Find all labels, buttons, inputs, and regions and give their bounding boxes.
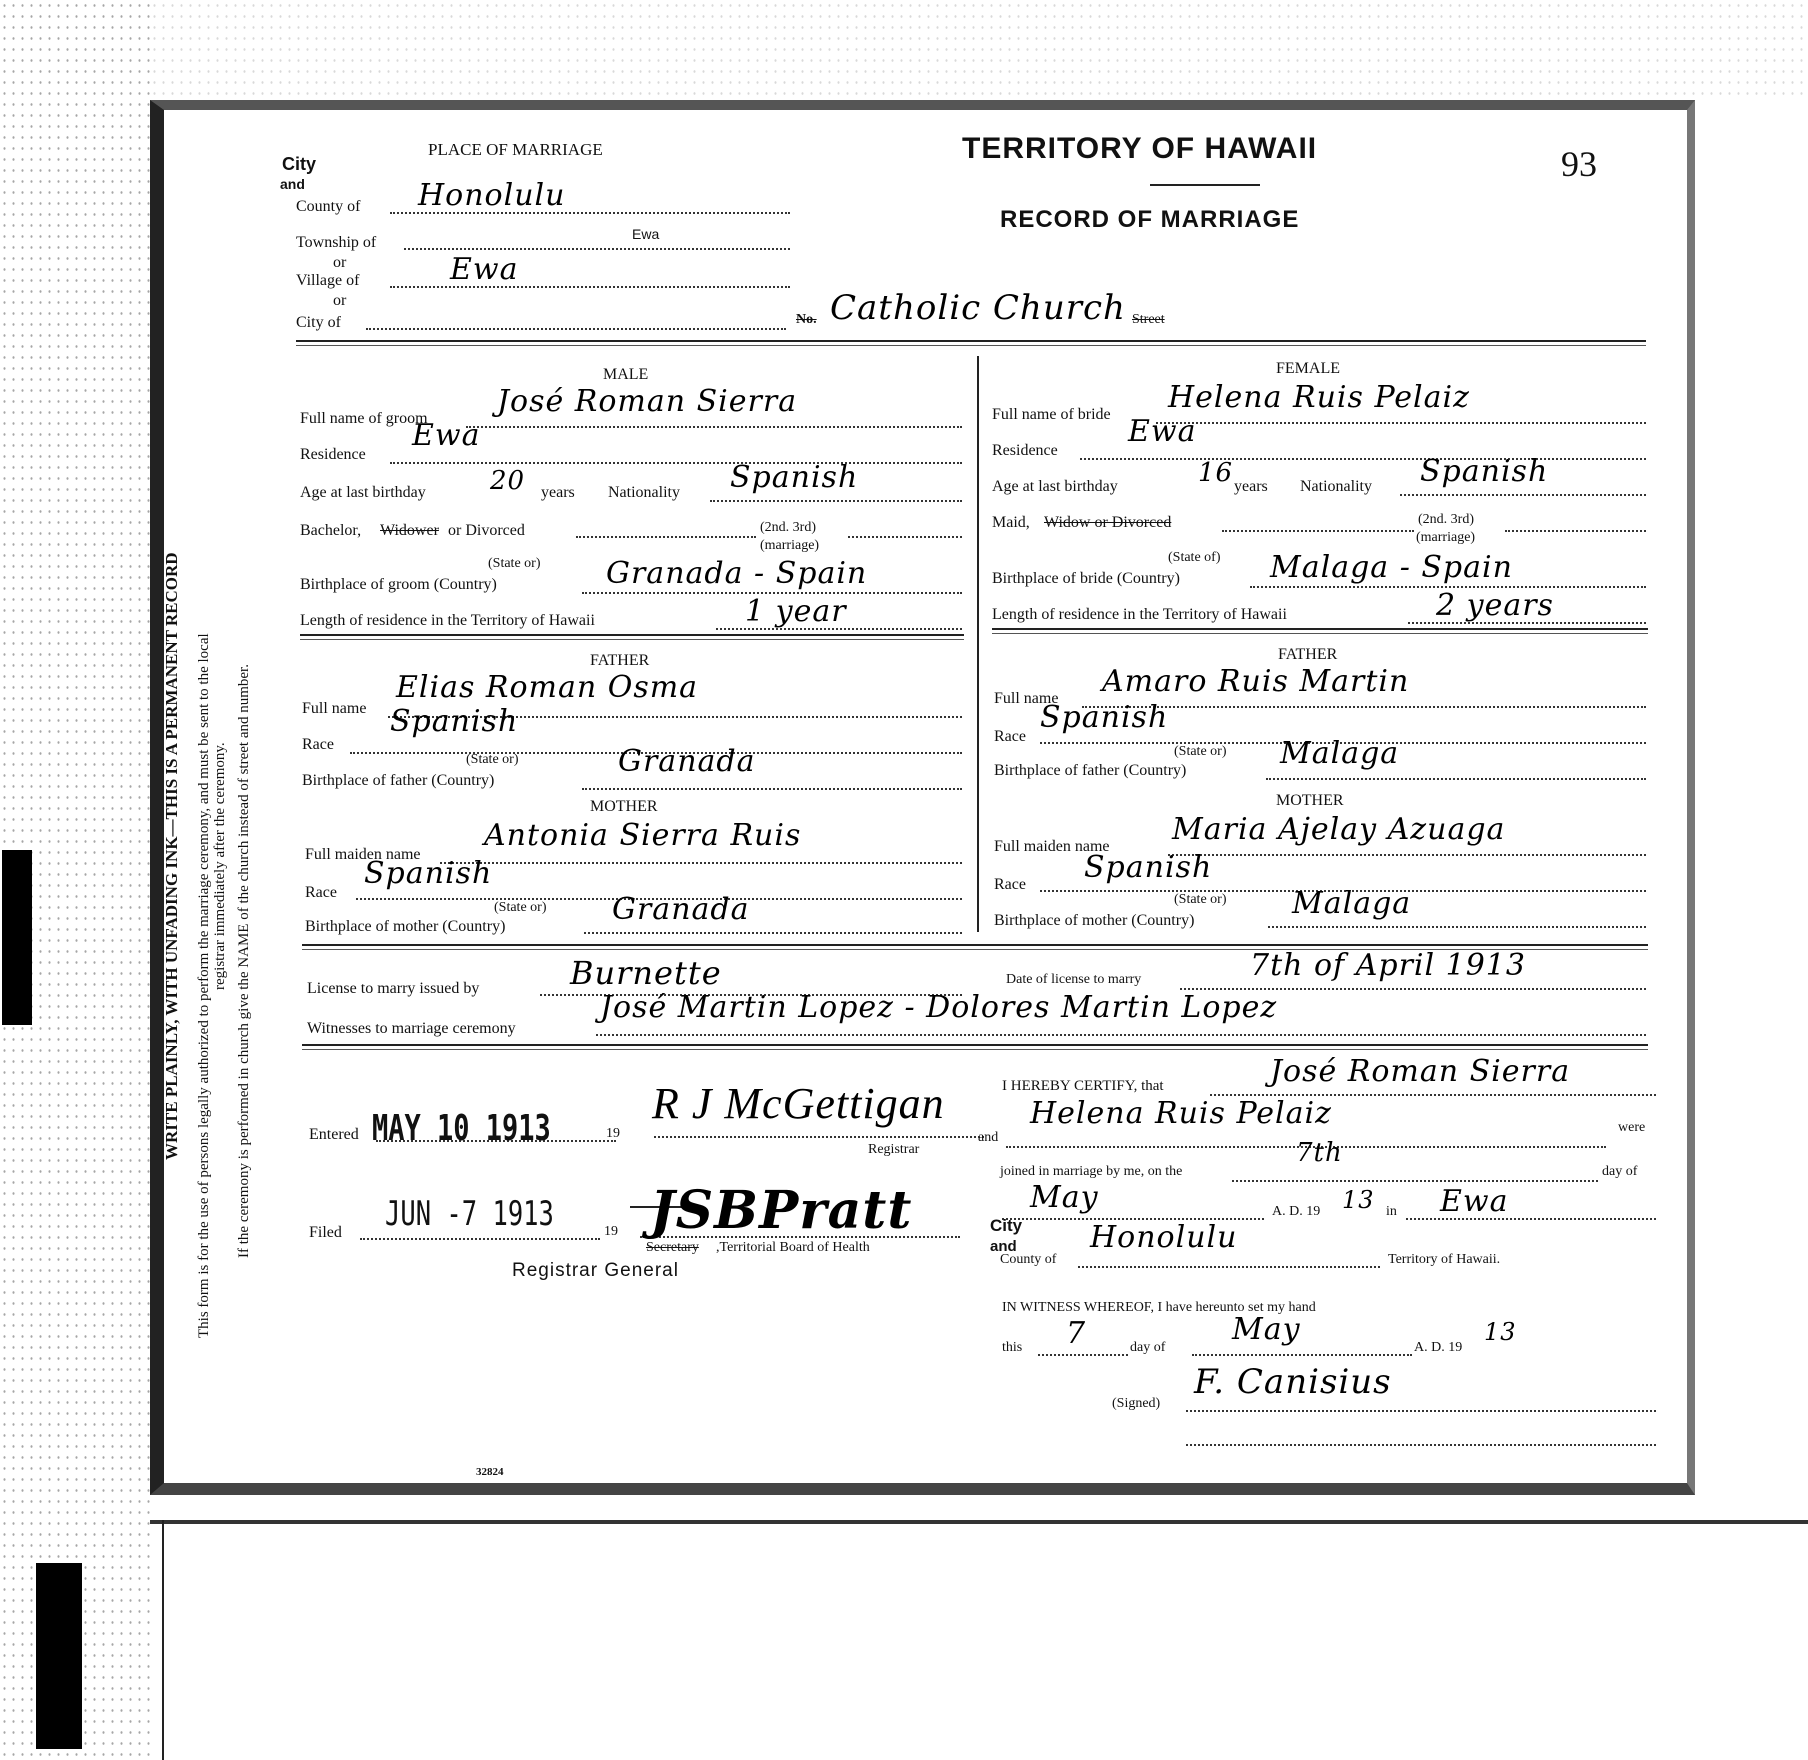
margin-church-note: If the ceremony is performed in church g… <box>236 664 253 1258</box>
filed-year-prefix: 19 <box>604 1224 618 1240</box>
filed-label: Filed <box>309 1224 342 1242</box>
female-divider <box>992 628 1648 634</box>
bride-status-struck: Widow or Divorced <box>1044 514 1171 532</box>
bride-age-value: 16 <box>1198 458 1233 488</box>
city-label: City <box>282 154 316 175</box>
filed-stamp: JUN -7 1913 <box>385 1194 554 1234</box>
county-label: County of <box>296 198 360 216</box>
county-value: Honolulu <box>418 178 565 213</box>
margin-warning: WRITE PLAINLY, WITH UNFADING INK—THIS IS… <box>162 552 182 1160</box>
groom-mother-race-label: Race <box>305 884 337 902</box>
bride-father-state-or: (State or) <box>1174 744 1226 760</box>
bride-name-label: Full name of bride <box>992 406 1111 424</box>
territory-title: TERRITORY OF HAWAII <box>962 132 1317 166</box>
groom-marriage-count-label: (2nd. 3rd) <box>760 520 816 536</box>
groom-residence-length-label: Length of residence in the Territory of … <box>300 612 595 630</box>
township-label: Township of <box>296 234 376 252</box>
cert-territory-label: Territory of Hawaii. <box>1388 1252 1500 1268</box>
bride-father-name-value: Amaro Ruis Martin <box>1102 664 1409 699</box>
bride-father-birthplace-value: Malaga <box>1280 736 1399 771</box>
this-label: this <box>1002 1340 1022 1356</box>
groom-name-label: Full name of groom <box>300 410 428 428</box>
village-value: Ewa <box>450 252 518 287</box>
joined-day: 7th <box>1296 1138 1343 1168</box>
groom-status-struck: Widower <box>380 522 439 540</box>
bride-mother-race-label: Race <box>994 876 1026 894</box>
groom-status-label-1: Bachelor, <box>300 522 361 540</box>
city-line <box>366 328 786 330</box>
in-label: in <box>1386 1204 1397 1220</box>
registrar-label: Registrar <box>868 1142 919 1158</box>
groom-status-label-2: or Divorced <box>448 522 525 540</box>
bride-father-birthplace-label: Birthplace of father (Country) <box>994 762 1186 780</box>
signed-label: (Signed) <box>1112 1396 1160 1412</box>
title-divider <box>1150 184 1260 186</box>
secretary-signature: JSBPratt <box>650 1180 912 1241</box>
scan-noise-top <box>150 0 1808 100</box>
bride-birthplace-label: Birthplace of bride (Country) <box>992 570 1180 588</box>
groom-name-value: José Roman Sierra <box>497 384 797 419</box>
church-value: Catholic Church <box>830 288 1126 328</box>
entered-label: Entered <box>309 1126 359 1144</box>
joined-place: Ewa <box>1440 1184 1508 1219</box>
groom-residence-value: Ewa <box>412 418 480 453</box>
cert-city-label: City <box>990 1216 1022 1236</box>
groom-age-label: Age at last birthday <box>300 484 426 502</box>
bride-father-race-value: Spanish <box>1040 700 1168 735</box>
certify-bride-name: Helena Ruis Pelaiz <box>1030 1096 1332 1131</box>
license-date-value: 7th of April 1913 <box>1250 948 1526 983</box>
bride-name-value: Helena Ruis Pelaiz <box>1168 380 1470 415</box>
groom-mother-heading: MOTHER <box>590 798 658 816</box>
groom-nationality-label: Nationality <box>608 484 680 502</box>
groom-birthplace-value: Granada - Spain <box>606 556 867 591</box>
cert-county-label: County of <box>1000 1252 1056 1268</box>
bride-father-race-label: Race <box>994 728 1026 746</box>
female-heading: FEMALE <box>1276 360 1340 378</box>
witness-day: 7 <box>1066 1316 1086 1351</box>
day-of-label: day of <box>1602 1164 1637 1180</box>
bride-residence-label: Residence <box>992 442 1058 460</box>
groom-residence-label: Residence <box>300 446 366 464</box>
witness-month: May <box>1232 1312 1301 1347</box>
license-issued-value: Burnette <box>570 954 722 992</box>
margin-instruction-2: registrar immediately after the ceremony… <box>212 742 229 990</box>
joined-month: May <box>1030 1180 1099 1215</box>
scan-fold-line <box>150 1520 1808 1524</box>
groom-mother-state-or: (State or) <box>494 900 546 916</box>
or-label-2: or <box>333 292 346 310</box>
township-value: Ewa <box>632 226 659 242</box>
bride-mother-state-or: (State or) <box>1174 892 1226 908</box>
registrar-signature: R J McGettigan <box>652 1078 945 1129</box>
bride-nationality-value: Spanish <box>1420 454 1548 489</box>
certify-groom-name: José Roman Sierra <box>1270 1054 1570 1089</box>
certify-were-label: were <box>1618 1120 1645 1136</box>
secretary-label: ,Territorial Board of Health <box>716 1240 870 1256</box>
certify-label: I HEREBY CERTIFY, that <box>1002 1078 1164 1095</box>
license-divider <box>302 1044 1648 1050</box>
record-title: RECORD OF MARRIAGE <box>1000 206 1299 234</box>
groom-father-name-label: Full name <box>302 700 366 718</box>
groom-nationality-value: Spanish <box>730 460 858 495</box>
bride-mother-heading: MOTHER <box>1276 792 1344 810</box>
groom-father-name-value: Elias Roman Osma <box>396 670 698 705</box>
bride-residence-length-label: Length of residence in the Territory of … <box>992 606 1287 624</box>
witness-year: 13 <box>1484 1318 1517 1346</box>
no-label: No. <box>796 312 817 328</box>
groom-residence-length-value: 1 year <box>745 594 847 629</box>
bride-years-label: years <box>1234 478 1268 496</box>
registrar-general-label: Registrar General <box>512 1260 679 1282</box>
scan-page-edge <box>162 1520 164 1760</box>
or-label-1: or <box>333 254 346 272</box>
scan-marker-strip <box>36 1563 82 1749</box>
bride-residence-value: Ewa <box>1128 414 1196 449</box>
bride-nationality-label: Nationality <box>1300 478 1372 496</box>
city-of-label: City of <box>296 314 341 332</box>
bride-mother-birthplace-label: Birthplace of mother (Country) <box>994 912 1194 930</box>
margin-instruction: This form is for the use of persons lega… <box>196 633 213 1338</box>
groom-father-birthplace-label: Birthplace of father (Country) <box>302 772 494 790</box>
cert-county-value: Honolulu <box>1090 1220 1237 1255</box>
and-label: and <box>280 176 305 192</box>
bride-state-or: (State of) <box>1168 550 1220 566</box>
license-date-label: Date of license to marry <box>1006 972 1141 988</box>
ad-label: A. D. 19 <box>1272 1204 1320 1220</box>
groom-mother-birthplace-value: Granada <box>612 892 750 927</box>
witnesses-label: Witnesses to marriage ceremony <box>307 1020 516 1038</box>
bride-age-label: Age at last birthday <box>992 478 1118 496</box>
form-number: 32824 <box>476 1466 504 1478</box>
witness-ad-label: A. D. 19 <box>1414 1340 1462 1356</box>
male-divider <box>300 634 964 640</box>
groom-father-race-label: Race <box>302 736 334 754</box>
groom-age-value: 20 <box>490 466 525 496</box>
groom-marriage-label: (marriage) <box>760 538 819 554</box>
joined-label: joined in marriage by me, on the <box>1000 1164 1182 1180</box>
groom-mother-birthplace-label: Birthplace of mother (Country) <box>305 918 505 936</box>
groom-mother-name-value: Antonia Sierra Ruis <box>484 818 801 853</box>
street-label: Street <box>1132 312 1165 328</box>
record-number: 93 <box>1561 143 1597 185</box>
officiant-signature: F. Canisius <box>1194 1362 1392 1402</box>
section-divider-top <box>296 340 1646 346</box>
entered-year-prefix: 19 <box>606 1126 620 1142</box>
license-issued-label: License to marry issued by <box>307 980 479 998</box>
male-heading: MALE <box>603 366 648 384</box>
village-label: Village of <box>296 272 359 290</box>
bride-birthplace-value: Malaga - Spain <box>1270 550 1513 585</box>
groom-father-state-or: (State or) <box>466 752 518 768</box>
place-heading: PLACE OF MARRIAGE <box>428 140 603 160</box>
joined-year: 13 <box>1342 1186 1375 1214</box>
witnesses-value: José Martin Lopez - Dolores Martin Lopez <box>600 990 1277 1025</box>
bride-father-heading: FATHER <box>1278 646 1337 664</box>
groom-father-heading: FATHER <box>590 652 649 670</box>
bride-status-label-1: Maid, <box>992 514 1030 532</box>
bride-marriage-count-label: (2nd. 3rd) <box>1418 512 1474 528</box>
groom-years-label: years <box>541 484 575 502</box>
bride-mother-birthplace-value: Malaga <box>1292 886 1411 921</box>
bride-residence-length-value: 2 years <box>1436 588 1554 623</box>
bride-mother-race-value: Spanish <box>1084 850 1212 885</box>
groom-mother-race-value: Spanish <box>364 856 492 891</box>
township-line <box>404 248 790 250</box>
column-divider <box>977 356 979 932</box>
groom-father-race-value: Spanish <box>390 704 518 739</box>
certify-and-label: and <box>978 1130 998 1146</box>
secretary-label-struck: Secretary <box>646 1240 699 1256</box>
bride-mother-name-value: Maria Ajelay Azuaga <box>1172 812 1505 847</box>
groom-birthplace-label: Birthplace of groom (Country) <box>300 576 497 594</box>
entered-stamp: MAY 10 1913 <box>372 1108 551 1149</box>
scan-marker-bar <box>2 850 32 1025</box>
bride-marriage-label: (marriage) <box>1416 530 1475 546</box>
groom-state-or: (State or) <box>488 556 540 572</box>
groom-father-birthplace-value: Granada <box>618 744 756 779</box>
witness-day-of-label: day of <box>1130 1340 1165 1356</box>
